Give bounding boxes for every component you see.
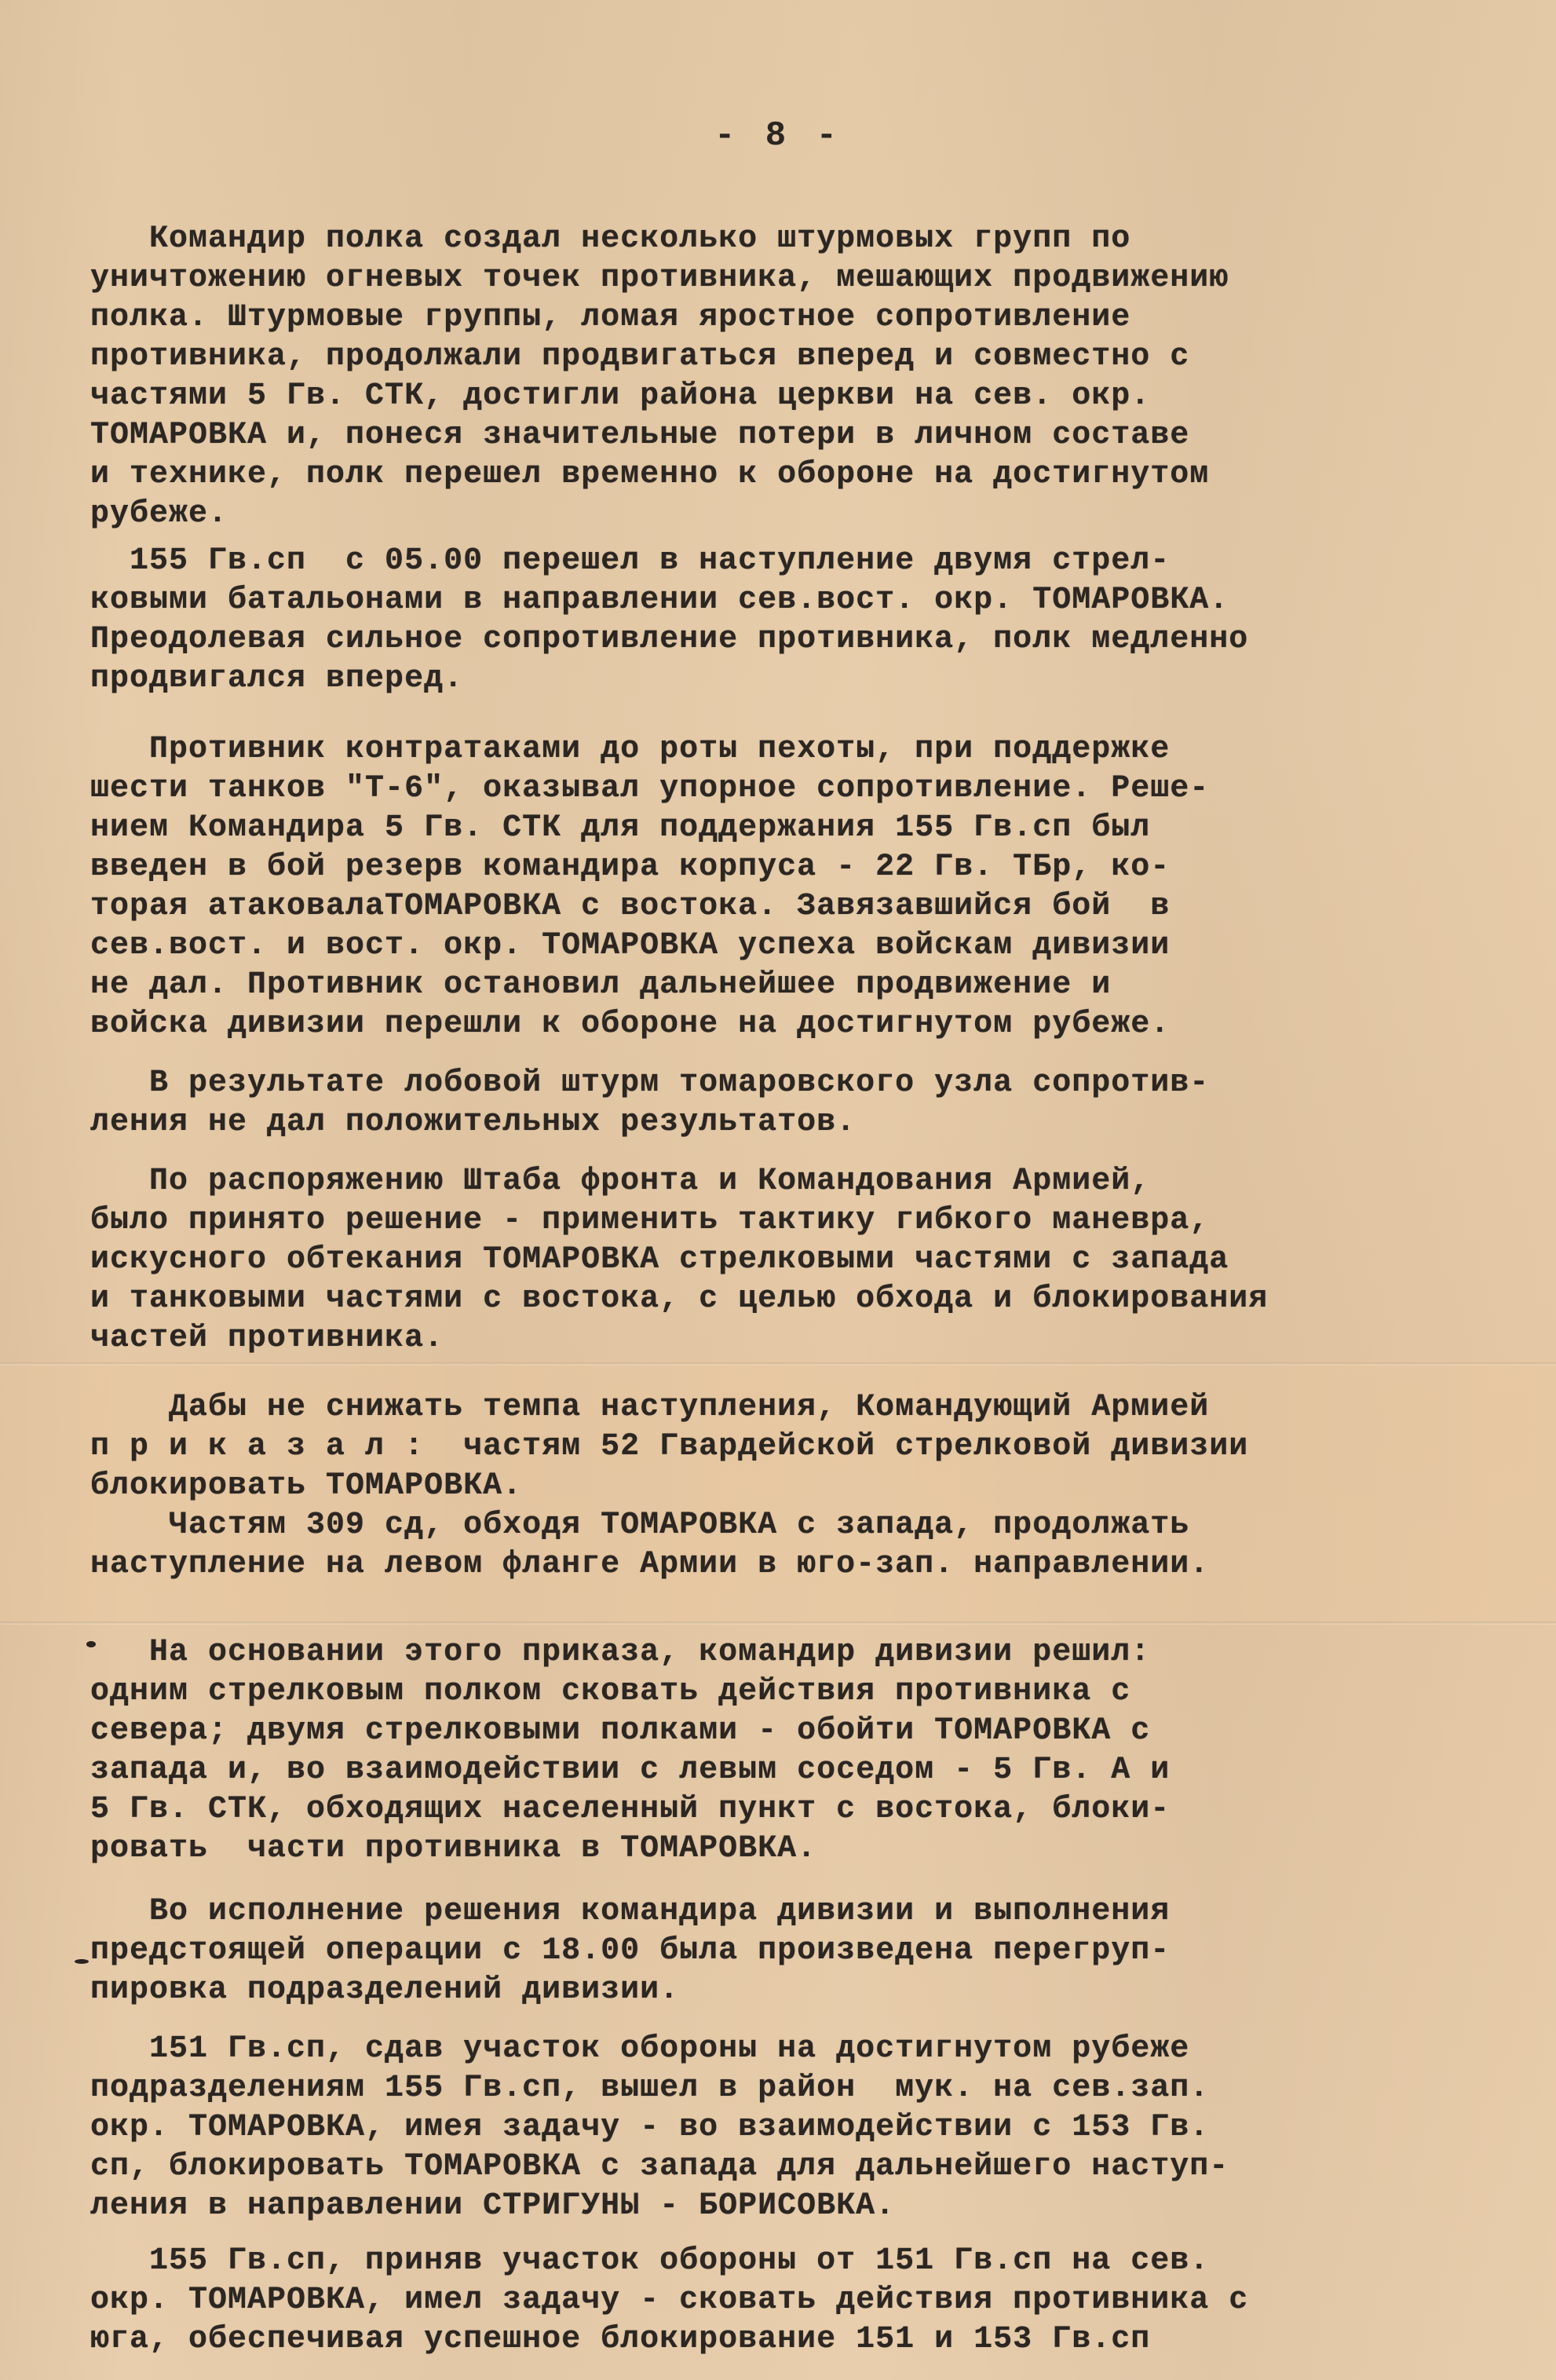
paragraph-division-decision: На основании этого приказа, командир див… xyxy=(90,1633,1503,1869)
paragraph-frontal-assault-result: В результате лобовой штурм томаровского … xyxy=(90,1064,1503,1142)
ink-mark xyxy=(86,1641,96,1647)
paragraph-151-regiment-task: 151 Гв.сп, сдав участок обороны на дости… xyxy=(90,2030,1503,2226)
paragraph-army-order: Дабы не снижать темпа наступления, Коман… xyxy=(90,1388,1503,1585)
fold-line xyxy=(0,1362,1556,1365)
paragraph-155-regiment-task: 155 Гв.сп, приняв участок обороны от 151… xyxy=(90,2242,1503,2360)
paragraph-regrouping: Во исполнение решения командира дивизии … xyxy=(90,1892,1503,2010)
ink-mark xyxy=(75,1959,89,1964)
paragraph-enemy-counterattacks: Противник контратаками до роты пехоты, п… xyxy=(90,730,1503,1044)
page-number: - 8 - xyxy=(0,116,1556,155)
paragraph-assault-groups: Командир полка создал несколько штурмовы… xyxy=(90,220,1503,534)
fold-line xyxy=(0,1621,1556,1625)
paragraph-flexible-maneuver: По распоряжению Штаба фронта и Командова… xyxy=(90,1162,1503,1358)
paragraph-155-regiment-attack: 155 Гв.сп с 05.00 перешел в наступление … xyxy=(90,542,1503,699)
